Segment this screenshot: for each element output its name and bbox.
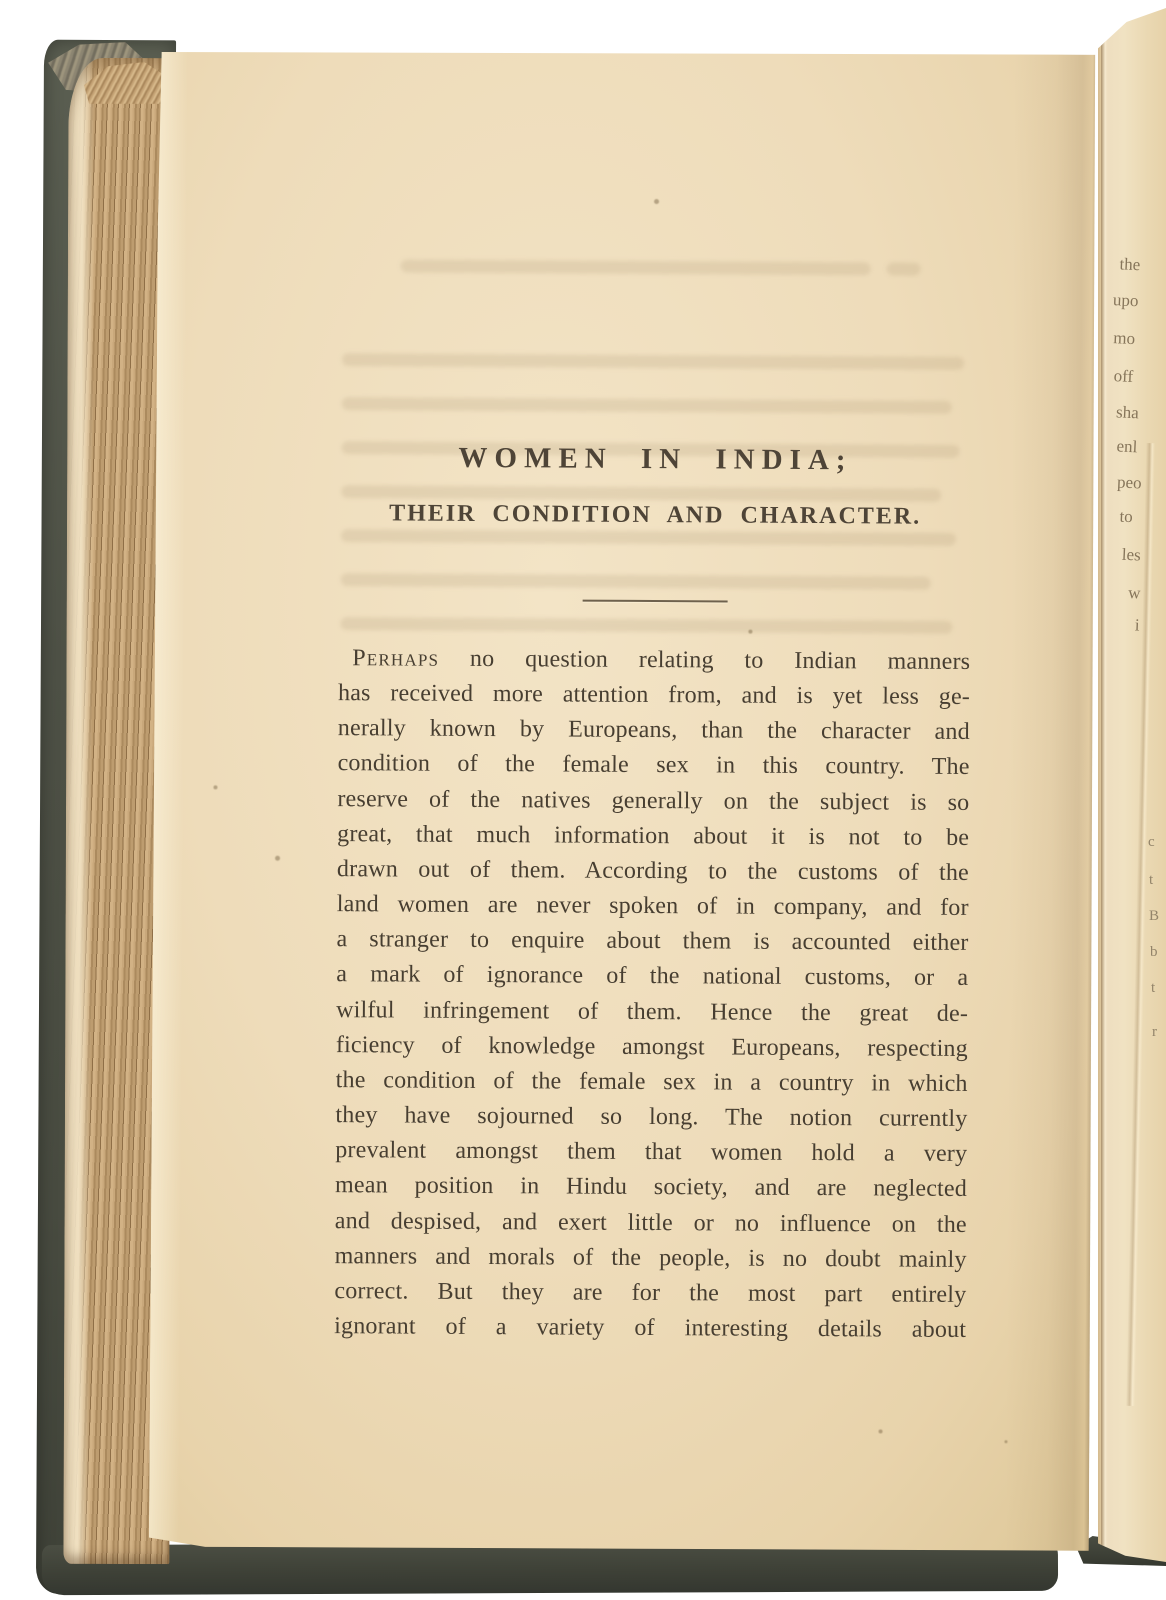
paragraph-line: they have sojourned so long. The notion … <box>335 1098 967 1137</box>
text-fragment: mo <box>1113 328 1136 349</box>
lead-word-smallcaps: Perhaps <box>352 645 439 672</box>
paragraph-line: drawn out of them. According to the cust… <box>337 852 969 891</box>
paragraph-line: wilful infringement of them. Hence the g… <box>336 993 968 1032</box>
paragraph-line: and despised, and exert little or no inf… <box>335 1204 967 1243</box>
paragraph-line: reserve of the natives generally on the … <box>337 782 969 821</box>
paragraph-line: the condition of the female sex in a cou… <box>336 1063 968 1102</box>
paragraph-line: condition of the female sex in this coun… <box>338 747 970 786</box>
paragraph-line: a mark of ignorance of the national cust… <box>336 958 968 997</box>
text-fragment: B <box>1149 908 1159 925</box>
gutter-crease <box>1101 8 1108 1562</box>
text-fragment: w <box>1128 583 1141 604</box>
paragraph-line: a stranger to enquire about them is acco… <box>336 922 968 961</box>
text-fragment: c <box>1148 834 1155 851</box>
text-fragment: r <box>1152 1024 1157 1041</box>
body-paragraph: Perhaps no question relating to Indian m… <box>334 641 970 1348</box>
line-text: no question relating to Indian manners <box>439 646 970 675</box>
paragraph-line: ignorant of a variety of interesting det… <box>334 1309 966 1348</box>
text-fragment: the <box>1119 254 1141 275</box>
paragraph-line: land women are never spoken of in compan… <box>337 887 969 926</box>
paragraph-line: great, that much information about it is… <box>337 817 969 856</box>
gutter-shadow <box>1005 51 1098 1553</box>
text-fragment: t <box>1149 872 1153 889</box>
text-fragment: to <box>1119 507 1133 528</box>
text-fragment: sha <box>1116 402 1140 423</box>
text-fragment: off <box>1113 366 1133 387</box>
text-fragment: peo <box>1117 472 1142 493</box>
paragraph-line: Perhaps no question relating to Indian m… <box>338 641 970 680</box>
next-page-edge: the upo mo off sha enl peo to les w i c … <box>1098 8 1166 1562</box>
paragraph-line: manners and morals of the people, is no … <box>335 1239 967 1278</box>
paper-speck <box>275 856 280 861</box>
text-fragment: upo <box>1113 290 1139 311</box>
paper-speck <box>213 785 217 789</box>
text-column: WOMEN IN INDIA; THEIR CONDITION AND CHAR… <box>333 47 974 1553</box>
text-fragment: enl <box>1116 436 1138 457</box>
paragraph-line: mean position in Hindu society, and are … <box>335 1168 967 1207</box>
paragraph-line: correct. But they are for the most part … <box>334 1274 966 1313</box>
divider-rule <box>583 600 728 603</box>
paragraph-line: prevalent amongst them that women hold a… <box>335 1133 967 1172</box>
paragraph-line: ficiency of knowledge amongst Europeans,… <box>336 1028 968 1067</box>
book-page: WOMEN IN INDIA; THEIR CONDITION AND CHAR… <box>149 46 1098 1554</box>
text-fragment: t <box>1151 980 1155 997</box>
chapter-title: WOMEN IN INDIA; <box>339 441 971 478</box>
chapter-subtitle: THEIR CONDITION AND CHARACTER. <box>339 500 971 531</box>
book-photograph: WOMEN IN INDIA; THEIR CONDITION AND CHAR… <box>0 0 1166 1600</box>
paragraph-line: nerally known by Europeans, than the cha… <box>338 711 970 750</box>
text-fragment: b <box>1150 944 1158 961</box>
text-fragment: les <box>1121 545 1141 566</box>
paragraph-line: has received more attention from, and is… <box>338 676 970 715</box>
paper-speck <box>1004 1440 1007 1443</box>
text-fragment: i <box>1134 615 1140 635</box>
